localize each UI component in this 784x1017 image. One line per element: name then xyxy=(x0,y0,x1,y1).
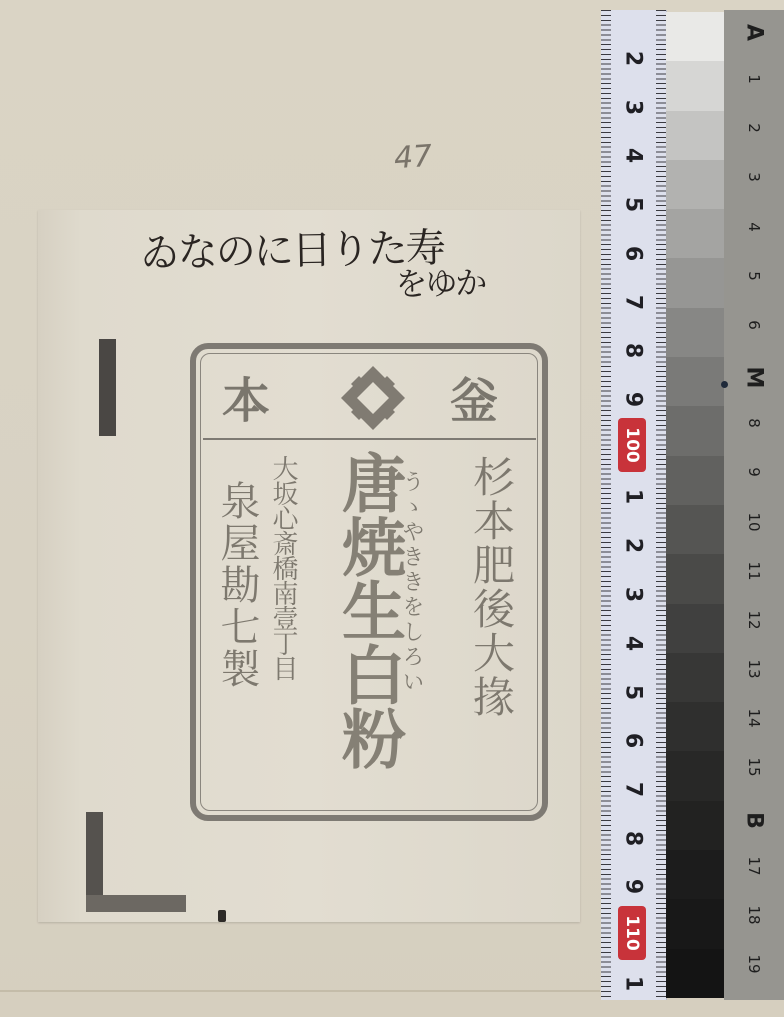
gray-patch xyxy=(666,308,724,357)
ink-spot xyxy=(218,910,226,922)
header-divider xyxy=(203,438,536,440)
maker-name-right-column: 杉本肥後大掾 xyxy=(466,455,516,719)
gray-patch xyxy=(666,61,724,110)
card-marker-dot xyxy=(721,381,728,388)
mount-edge-line xyxy=(0,990,600,992)
gray-patch xyxy=(666,751,724,800)
address-column: 大坂心斎橋南壹丁目 xyxy=(268,455,298,680)
ruler-label: 7 xyxy=(621,287,646,319)
folio-number: 47 xyxy=(393,139,434,177)
gray-patch xyxy=(666,899,724,948)
gray-patch xyxy=(666,653,724,702)
kento-corner-mark-horizontal xyxy=(86,895,186,912)
calibration-label: 15 xyxy=(745,737,763,797)
ruler-label: 7 xyxy=(621,774,646,806)
gray-patch xyxy=(666,702,724,751)
ruler-label: 8 xyxy=(621,335,646,367)
gray-patch xyxy=(666,406,724,455)
ruler-badge-label: 100 xyxy=(622,427,642,463)
ruler-badge-label: 110 xyxy=(622,915,642,951)
ruler-label: 9 xyxy=(621,871,646,903)
gray-patch xyxy=(666,801,724,850)
furigana-column: うゝやききをしろい xyxy=(398,470,424,695)
grayscale-patch-strip xyxy=(666,12,724,998)
calibration-label: 6 xyxy=(745,295,763,355)
ruler-label: 2 xyxy=(621,530,646,562)
gray-patch xyxy=(666,111,724,160)
product-name-column: 唐焼生白粉 xyxy=(330,450,406,770)
ruler-badge: 110 xyxy=(618,906,646,960)
gray-patch xyxy=(666,12,724,61)
gray-patch xyxy=(666,209,724,258)
gray-patch xyxy=(666,258,724,307)
calibration-label: 19 xyxy=(745,934,763,994)
gray-patch xyxy=(666,505,724,554)
ruler-label: 1 xyxy=(621,968,646,1000)
gray-patch xyxy=(666,160,724,209)
gray-patch xyxy=(666,850,724,899)
ruler-label: 5 xyxy=(621,189,646,221)
diamond-crest-icon xyxy=(337,362,409,434)
ruler-label: 9 xyxy=(621,384,646,416)
registration-bar-mark xyxy=(99,339,116,436)
gray-patch xyxy=(666,357,724,406)
ruler-label: 3 xyxy=(621,579,646,611)
ruler-label: 3 xyxy=(621,92,646,124)
handwritten-inscription: ゐなのに日りた寿 をゆか xyxy=(139,214,571,311)
gray-patch xyxy=(666,456,724,505)
ruler-badge: 100 xyxy=(618,418,646,472)
maker-name-left-column: 泉屋勘七製 xyxy=(214,480,260,690)
ruler-label: 8 xyxy=(621,823,646,855)
ruler-label: 2 xyxy=(621,43,646,75)
header-char-right: 釡 xyxy=(450,362,498,431)
ruler-label: 4 xyxy=(621,628,646,660)
ruler-label: 1 xyxy=(621,481,646,513)
handwritten-line-2: をゆか xyxy=(395,258,486,306)
ruler-label: 6 xyxy=(621,238,646,270)
ruler-label: 5 xyxy=(621,677,646,709)
ruler-label: 4 xyxy=(621,140,646,172)
gray-patch xyxy=(666,604,724,653)
header-char-left: 本 xyxy=(222,362,270,431)
ruler-label: 6 xyxy=(621,725,646,757)
gray-patch xyxy=(666,949,724,998)
gray-patch xyxy=(666,554,724,603)
